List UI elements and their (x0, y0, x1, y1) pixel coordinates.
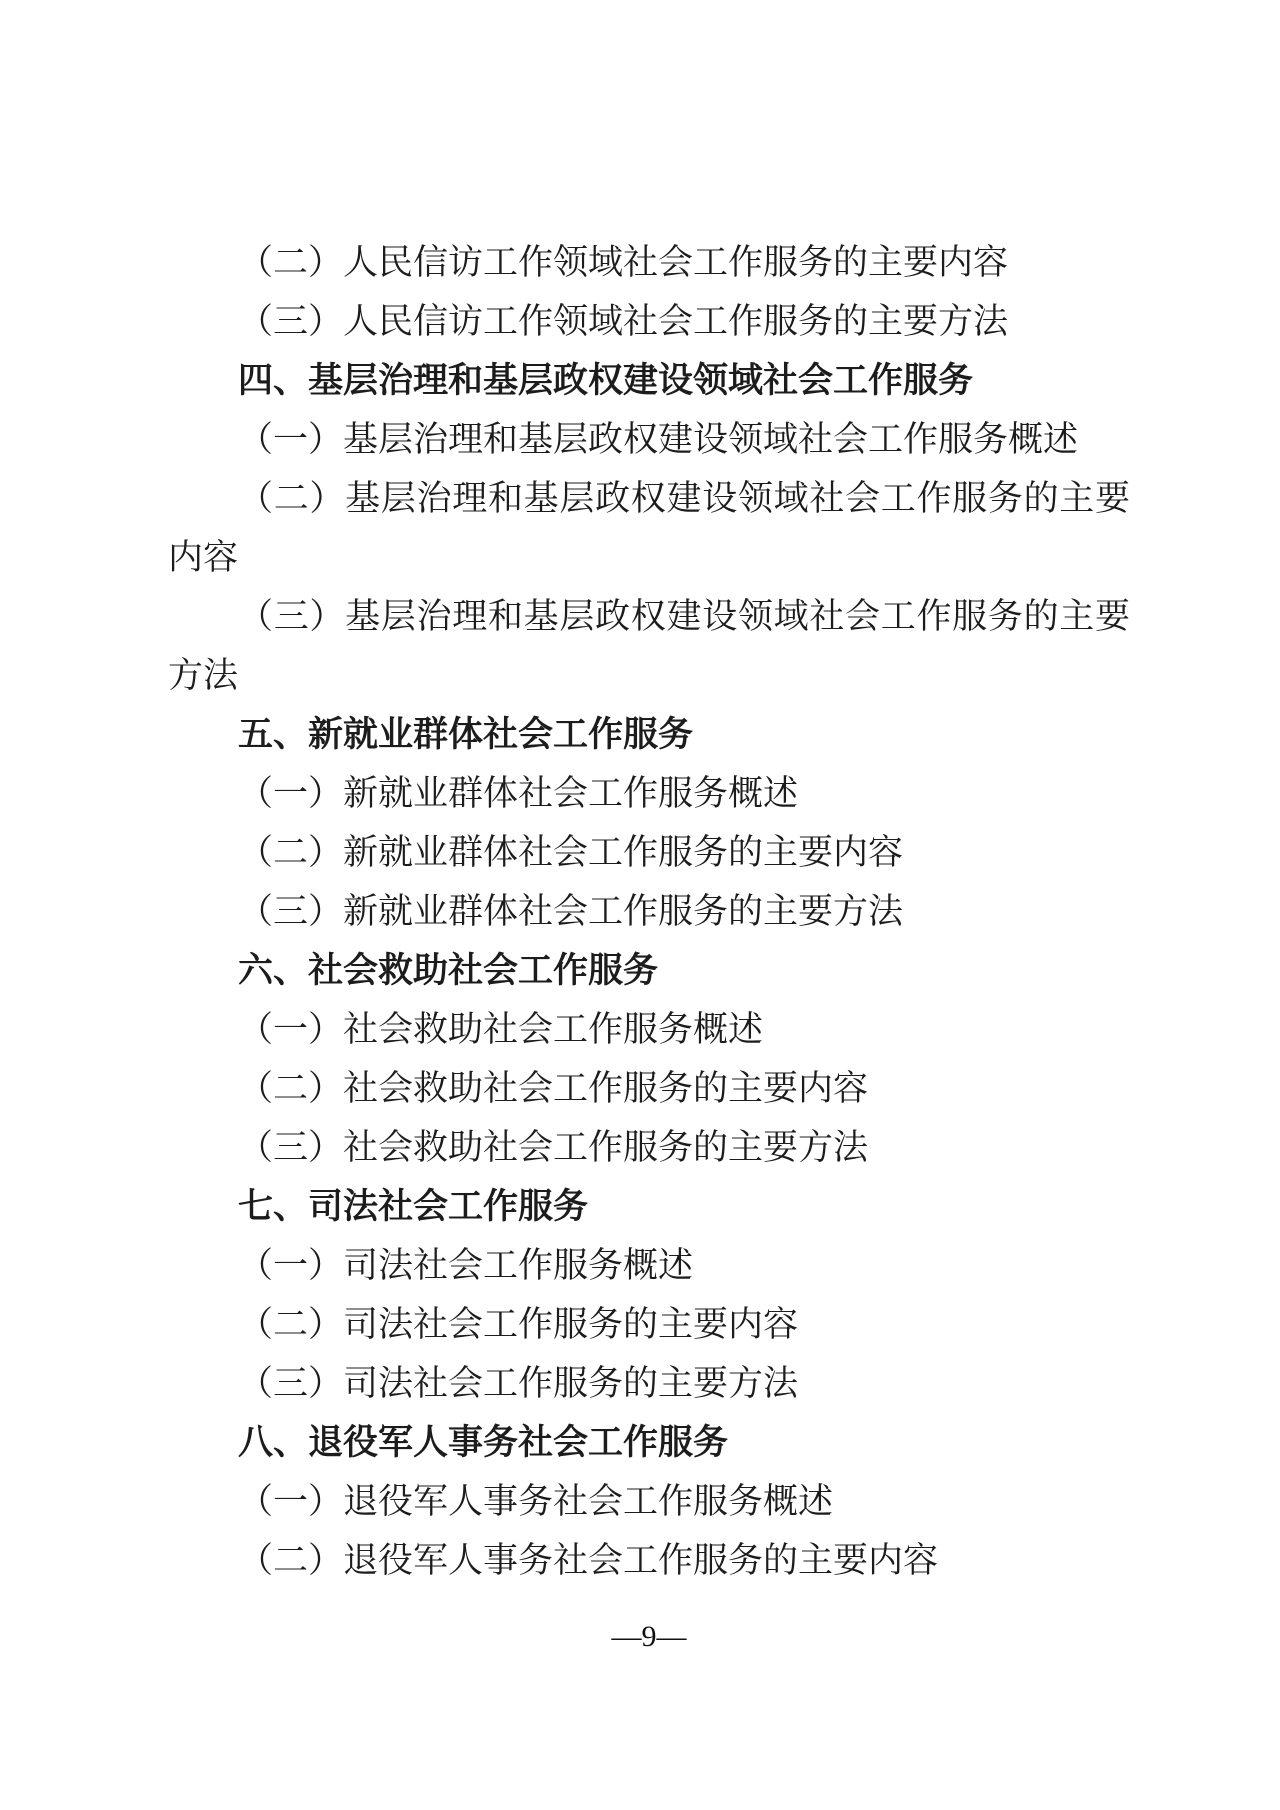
toc-section-heading: 四、基层治理和基层政权建设领域社会工作服务 (168, 351, 1130, 410)
toc-item: （一）社会救助社会工作服务概述 (168, 1000, 1130, 1059)
document-page: （二）人民信访工作领域社会工作服务的主要内容 （三）人民信访工作领域社会工作服务… (0, 0, 1280, 1810)
toc-section-heading: 五、新就业群体社会工作服务 (168, 705, 1130, 764)
toc-item: （三）司法社会工作服务的主要方法 (168, 1354, 1130, 1413)
toc-item: （一）退役军人事务社会工作服务概述 (168, 1472, 1130, 1531)
toc-item: （二）新就业群体社会工作服务的主要内容 (168, 823, 1130, 882)
toc-item: （一）基层治理和基层政权建设领域社会工作服务概述 (168, 410, 1130, 469)
toc-section-heading: 六、社会救助社会工作服务 (168, 941, 1130, 1000)
toc-content: （二）人民信访工作领域社会工作服务的主要内容 （三）人民信访工作领域社会工作服务… (168, 233, 1130, 1590)
toc-item: （二）司法社会工作服务的主要内容 (168, 1295, 1130, 1354)
toc-item: （三）社会救助社会工作服务的主要方法 (168, 1118, 1130, 1177)
toc-item: （二）基层治理和基层政权建设领域社会工作服务的主要 (168, 469, 1130, 528)
toc-item: （三）基层治理和基层政权建设领域社会工作服务的主要 (168, 587, 1130, 646)
toc-item: （二）社会救助社会工作服务的主要内容 (168, 1059, 1130, 1118)
toc-item: （一）新就业群体社会工作服务概述 (168, 764, 1130, 823)
toc-item: （二）人民信访工作领域社会工作服务的主要内容 (168, 233, 1130, 292)
toc-section-heading: 七、司法社会工作服务 (168, 1177, 1130, 1236)
toc-item: （三）新就业群体社会工作服务的主要方法 (168, 882, 1130, 941)
toc-item-continuation: 方法 (168, 646, 1130, 705)
toc-section-heading: 八、退役军人事务社会工作服务 (168, 1413, 1130, 1472)
page-number: —9— (168, 1612, 1130, 1662)
toc-item: （三）人民信访工作领域社会工作服务的主要方法 (168, 292, 1130, 351)
toc-item-continuation: 内容 (168, 528, 1130, 587)
toc-item: （二）退役军人事务社会工作服务的主要内容 (168, 1531, 1130, 1590)
toc-item: （一）司法社会工作服务概述 (168, 1236, 1130, 1295)
